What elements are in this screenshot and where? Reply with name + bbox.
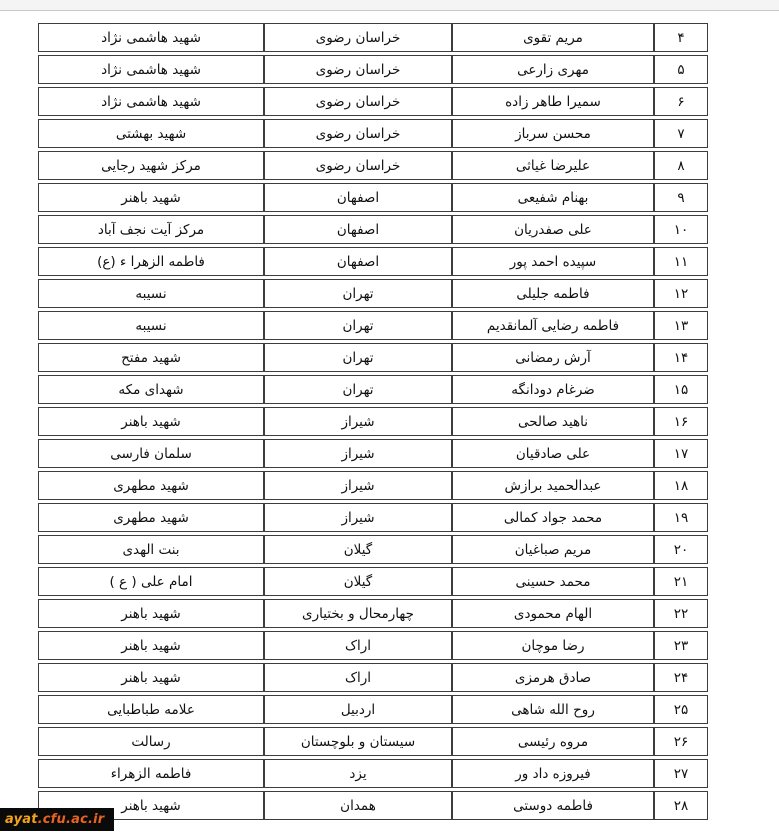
table-row: ۱۹ محمد جواد کمالی شیراز شهید مطهری <box>38 503 708 532</box>
person-name-cell: محسن سرباز <box>452 119 654 148</box>
province-cell: خراسان رضوی <box>264 23 452 52</box>
province-cell: تهران <box>264 311 452 340</box>
table-row: ۲۰ مریم صباغیان گیلان بنت الهدی <box>38 535 708 564</box>
center-name-cell: شهید باهنر <box>38 599 264 628</box>
center-name-cell: امام علی ( ع ) <box>38 567 264 596</box>
center-name-cell: فاطمه الزهراء <box>38 759 264 788</box>
person-name-cell: رضا موچان <box>452 631 654 660</box>
site-watermark: ayat.cfu.ac.ir <box>0 808 114 831</box>
row-number-cell: ۱۰ <box>654 215 708 244</box>
center-name-cell: رسالت <box>38 727 264 756</box>
province-cell: همدان <box>264 791 452 820</box>
person-name-cell: علیرضا غیاثی <box>452 151 654 180</box>
row-number-cell: ۱۸ <box>654 471 708 500</box>
roster-table: ۴ مریم تقوی خراسان رضوی شهید هاشمی نژاد … <box>38 20 708 823</box>
person-name-cell: فاطمه دوستی <box>452 791 654 820</box>
row-number-cell: ۸ <box>654 151 708 180</box>
center-name-cell: شهید باهنر <box>38 631 264 660</box>
row-number-cell: ۴ <box>654 23 708 52</box>
table-row: ۲۱ محمد حسینی گیلان امام علی ( ع ) <box>38 567 708 596</box>
table-row: ۴ مریم تقوی خراسان رضوی شهید هاشمی نژاد <box>38 23 708 52</box>
row-number-cell: ۹ <box>654 183 708 212</box>
person-name-cell: ناهید صالحی <box>452 407 654 436</box>
table-row: ۱۰ علی صفدریان اصفهان مرکز آیت نجف آباد <box>38 215 708 244</box>
row-number-cell: ۲۴ <box>654 663 708 692</box>
center-name-cell: شهید مفتح <box>38 343 264 372</box>
center-name-cell: سلمان فارسی <box>38 439 264 468</box>
page-top-edge <box>0 0 779 11</box>
center-name-cell: شهید مطهری <box>38 503 264 532</box>
person-name-cell: علی صفدریان <box>452 215 654 244</box>
center-name-cell: شهید باهنر <box>38 407 264 436</box>
row-number-cell: ۶ <box>654 87 708 116</box>
table-row: ۵ مهری زارعی خراسان رضوی شهید هاشمی نژاد <box>38 55 708 84</box>
row-number-cell: ۱۶ <box>654 407 708 436</box>
table-row: ۱۲ فاطمه جلیلی تهران نسیبه <box>38 279 708 308</box>
table-row: ۹ بهنام شفیعی اصفهان شهید باهنر <box>38 183 708 212</box>
table-row: ۲۷ فیروزه داد ور یزد فاطمه الزهراء <box>38 759 708 788</box>
table-row: ۶ سمیرا طاهر زاده خراسان رضوی شهید هاشمی… <box>38 87 708 116</box>
row-number-cell: ۱۲ <box>654 279 708 308</box>
person-name-cell: محمد حسینی <box>452 567 654 596</box>
table-row: ۱۴ آرش رمضانی تهران شهید مفتح <box>38 343 708 372</box>
person-name-cell: مریم صباغیان <box>452 535 654 564</box>
province-cell: شیراز <box>264 439 452 468</box>
person-name-cell: مروه رئیسی <box>452 727 654 756</box>
person-name-cell: ضرغام دودانگه <box>452 375 654 404</box>
person-name-cell: الهام محمودی <box>452 599 654 628</box>
center-name-cell: مرکز شهید رجایی <box>38 151 264 180</box>
center-name-cell: نسیبه <box>38 279 264 308</box>
province-cell: اراک <box>264 663 452 692</box>
table-row: ۲۳ رضا موچان اراک شهید باهنر <box>38 631 708 660</box>
province-cell: اردبیل <box>264 695 452 724</box>
province-cell: اصفهان <box>264 247 452 276</box>
table-row: ۱۸ عبدالحمید برازش شیراز شهید مطهری <box>38 471 708 500</box>
person-name-cell: فیروزه داد ور <box>452 759 654 788</box>
center-name-cell: شهید هاشمی نژاد <box>38 55 264 84</box>
roster-table-container: ۴ مریم تقوی خراسان رضوی شهید هاشمی نژاد … <box>38 20 708 823</box>
person-name-cell: بهنام شفیعی <box>452 183 654 212</box>
center-name-cell: بنت الهدی <box>38 535 264 564</box>
row-number-cell: ۲۳ <box>654 631 708 660</box>
center-name-cell: شهید هاشمی نژاد <box>38 87 264 116</box>
province-cell: اصفهان <box>264 215 452 244</box>
row-number-cell: ۱۴ <box>654 343 708 372</box>
person-name-cell: عبدالحمید برازش <box>452 471 654 500</box>
table-row: ۱۶ ناهید صالحی شیراز شهید باهنر <box>38 407 708 436</box>
row-number-cell: ۱۵ <box>654 375 708 404</box>
person-name-cell: محمد جواد کمالی <box>452 503 654 532</box>
person-name-cell: آرش رمضانی <box>452 343 654 372</box>
table-row: ۲۲ الهام محمودی چهارمحال و بختیاری شهید … <box>38 599 708 628</box>
row-number-cell: ۲۲ <box>654 599 708 628</box>
row-number-cell: ۲۱ <box>654 567 708 596</box>
watermark-suffix: .cfu.ac.ir <box>38 812 105 827</box>
center-name-cell: مرکز آیت نجف آباد <box>38 215 264 244</box>
province-cell: خراسان رضوی <box>264 151 452 180</box>
row-number-cell: ۱۱ <box>654 247 708 276</box>
row-number-cell: ۷ <box>654 119 708 148</box>
center-name-cell: شهید هاشمی نژاد <box>38 23 264 52</box>
province-cell: اصفهان <box>264 183 452 212</box>
watermark-prefix: ayat <box>5 812 38 827</box>
table-row: ۲۶ مروه رئیسی سیستان و بلوچستان رسالت <box>38 727 708 756</box>
province-cell: تهران <box>264 343 452 372</box>
row-number-cell: ۱۹ <box>654 503 708 532</box>
person-name-cell: فاطمه رضایی آلمانقدیم <box>452 311 654 340</box>
province-cell: تهران <box>264 279 452 308</box>
person-name-cell: روح الله شاهی <box>452 695 654 724</box>
province-cell: شیراز <box>264 407 452 436</box>
center-name-cell: شهدای مکه <box>38 375 264 404</box>
row-number-cell: ۲۷ <box>654 759 708 788</box>
row-number-cell: ۲۰ <box>654 535 708 564</box>
row-number-cell: ۱۳ <box>654 311 708 340</box>
province-cell: خراسان رضوی <box>264 55 452 84</box>
center-name-cell: شهید مطهری <box>38 471 264 500</box>
center-name-cell: شهید باهنر <box>38 183 264 212</box>
province-cell: گیلان <box>264 535 452 564</box>
person-name-cell: فاطمه جلیلی <box>452 279 654 308</box>
table-row: ۷ محسن سرباز خراسان رضوی شهید بهشتی <box>38 119 708 148</box>
person-name-cell: سپیده احمد پور <box>452 247 654 276</box>
center-name-cell: فاطمه الزهرا ء (ع) <box>38 247 264 276</box>
row-number-cell: ۵ <box>654 55 708 84</box>
center-name-cell: شهید بهشتی <box>38 119 264 148</box>
person-name-cell: مهری زارعی <box>452 55 654 84</box>
person-name-cell: صادق هرمزی <box>452 663 654 692</box>
row-number-cell: ۲۸ <box>654 791 708 820</box>
table-row: ۲۵ روح الله شاهی اردبیل علامه طباطبایی <box>38 695 708 724</box>
province-cell: یزد <box>264 759 452 788</box>
table-row: ۱۵ ضرغام دودانگه تهران شهدای مکه <box>38 375 708 404</box>
roster-table-body: ۴ مریم تقوی خراسان رضوی شهید هاشمی نژاد … <box>38 23 708 820</box>
table-row: ۱۷ علی صادقیان شیراز سلمان فارسی <box>38 439 708 468</box>
person-name-cell: مریم تقوی <box>452 23 654 52</box>
row-number-cell: ۲۶ <box>654 727 708 756</box>
province-cell: چهارمحال و بختیاری <box>264 599 452 628</box>
person-name-cell: سمیرا طاهر زاده <box>452 87 654 116</box>
province-cell: گیلان <box>264 567 452 596</box>
row-number-cell: ۲۵ <box>654 695 708 724</box>
table-row: ۲۴ صادق هرمزی اراک شهید باهنر <box>38 663 708 692</box>
province-cell: خراسان رضوی <box>264 119 452 148</box>
table-row: ۱۳ فاطمه رضایی آلمانقدیم تهران نسیبه <box>38 311 708 340</box>
province-cell: شیراز <box>264 471 452 500</box>
province-cell: شیراز <box>264 503 452 532</box>
center-name-cell: علامه طباطبایی <box>38 695 264 724</box>
row-number-cell: ۱۷ <box>654 439 708 468</box>
person-name-cell: علی صادقیان <box>452 439 654 468</box>
table-row: ۸ علیرضا غیاثی خراسان رضوی مرکز شهید رجا… <box>38 151 708 180</box>
province-cell: سیستان و بلوچستان <box>264 727 452 756</box>
center-name-cell: نسیبه <box>38 311 264 340</box>
table-row: ۲۸ فاطمه دوستی همدان شهید باهنر <box>38 791 708 820</box>
province-cell: تهران <box>264 375 452 404</box>
table-row: ۱۱ سپیده احمد پور اصفهان فاطمه الزهرا ء … <box>38 247 708 276</box>
province-cell: خراسان رضوی <box>264 87 452 116</box>
province-cell: اراک <box>264 631 452 660</box>
center-name-cell: شهید باهنر <box>38 663 264 692</box>
